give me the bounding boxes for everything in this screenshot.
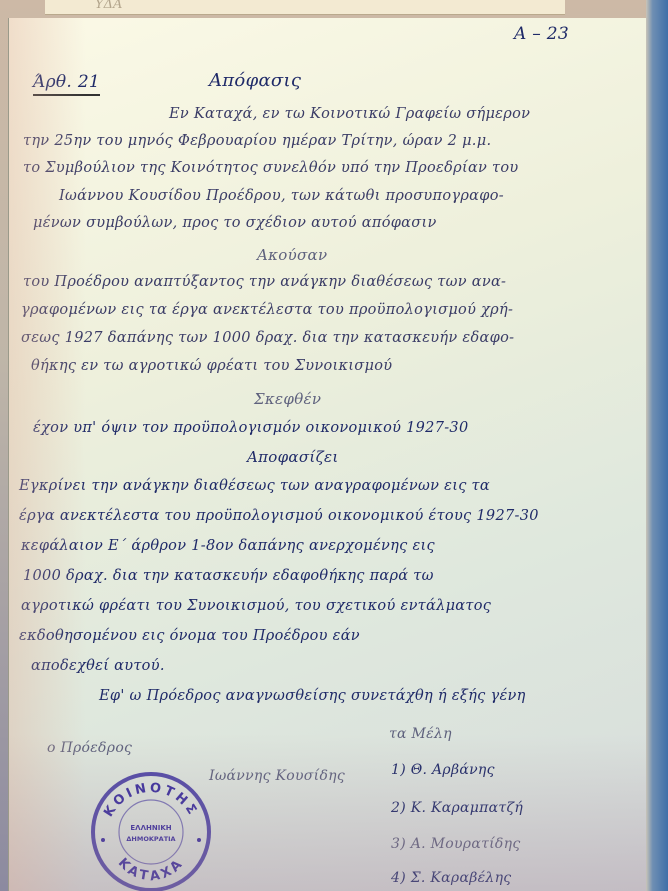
page-number: Α – 23 [514, 24, 569, 44]
body-line: έργα ανεκτέλεστα του προϋπολογισμού οικο… [19, 508, 539, 524]
closing-line: Εφ' ω Πρόεδρος αναγνωσθείσης συνετάχθη ή… [99, 688, 526, 704]
article-label: Άρθ. 21 [33, 72, 100, 96]
section-heading: Ακούσαν [257, 246, 327, 264]
body-line: σεως 1927 δαπάνης των 1000 δραχ. δια την… [21, 330, 514, 346]
body-line: το Συμβούλιον της Κοινότητος συνελθόν υπ… [23, 160, 519, 176]
document-title: Απόφασις [209, 70, 301, 91]
body-line: μένων συμβούλων, προς το σχέδιον αυτού α… [33, 215, 437, 231]
previous-page-edge: ΥΔΑ [45, 0, 565, 15]
body-line: αγροτικώ φρέατι του Συνοικισμού, του σχε… [21, 598, 491, 614]
member-signature: 4) Σ. Καραβέλης [391, 870, 511, 886]
body-line: αποδεχθεί αυτού. [31, 658, 165, 674]
body-line: Ιωάννου Κουσίδου Προέδρου, των κάτωθι πρ… [59, 188, 504, 204]
body-line: Εν Καταχά, εν τω Κοινοτικώ Γραφείω σήμερ… [169, 106, 530, 122]
body-line: 1000 δραχ. δια την κατασκευήν εδαφοθήκης… [23, 568, 434, 584]
stamp-seal-icon: ΚΟΙΝΟΤΗΣ ΚΑΤΑΧΑ ΕΛΛΗΝΙΚΗ ΔΗΜΟΚΡΑΤΙΑ [89, 770, 213, 891]
svg-text:ΚΑΤΑΧΑ: ΚΑΤΑΧΑ [115, 855, 187, 884]
svg-text:ΔΗΜΟΚΡΑΤΙΑ: ΔΗΜΟΚΡΑΤΙΑ [126, 835, 175, 843]
section-heading: Σκεφθέν [254, 390, 321, 408]
document-page: Α – 23 Άρθ. 21 Απόφασις Εν Καταχά, εν τω… [8, 18, 649, 891]
body-line: την 25ην του μηνός Φεβρουαρίου ημέραν Τρ… [23, 133, 491, 149]
body-line: γραφομένων εις τα έργα ανεκτέλεστα του π… [21, 302, 513, 318]
member-signature: 1) Θ. Αρβάνης [391, 762, 495, 778]
member-signature: 3) Α. Μουρατίδης [391, 836, 520, 852]
book-edge [646, 0, 668, 891]
community-stamp: ΚΟΙΝΟΤΗΣ ΚΑΤΑΧΑ ΕΛΛΗΝΙΚΗ ΔΗΜΟΚΡΑΤΙΑ [89, 770, 213, 891]
svg-text:ΕΛΛΗΝΙΚΗ: ΕΛΛΗΝΙΚΗ [130, 824, 171, 832]
president-label: ο Πρόεδρος [47, 740, 132, 756]
section-heading: Αποφασίζει [247, 448, 339, 466]
body-line: κεφάλαιον Ε΄ άρθρον 1-8ον δαπάνης ανερχο… [21, 538, 435, 554]
prev-page-mark: ΥΔΑ [95, 0, 122, 12]
body-line: έχον υπ' όψιν τον προϋπολογισμόν οικονομ… [33, 420, 468, 436]
body-line: θήκης εν τω αγροτικώ φρέατι του Συνοικισ… [31, 358, 392, 374]
members-label: τα Μέλη [389, 726, 452, 742]
member-signature: 2) Κ. Καραμπατζή [391, 800, 523, 816]
body-line: του Προέδρου αναπτύξαντος την ανάγκην δι… [23, 274, 506, 290]
body-line: Εγκρίνει την ανάγκην διαθέσεως των αναγρ… [19, 478, 490, 494]
body-line: εκδοθησομένου εις όνομα του Προέδρου εάν [19, 628, 360, 644]
president-signature: Ιωάννης Κουσίδης [209, 768, 345, 784]
